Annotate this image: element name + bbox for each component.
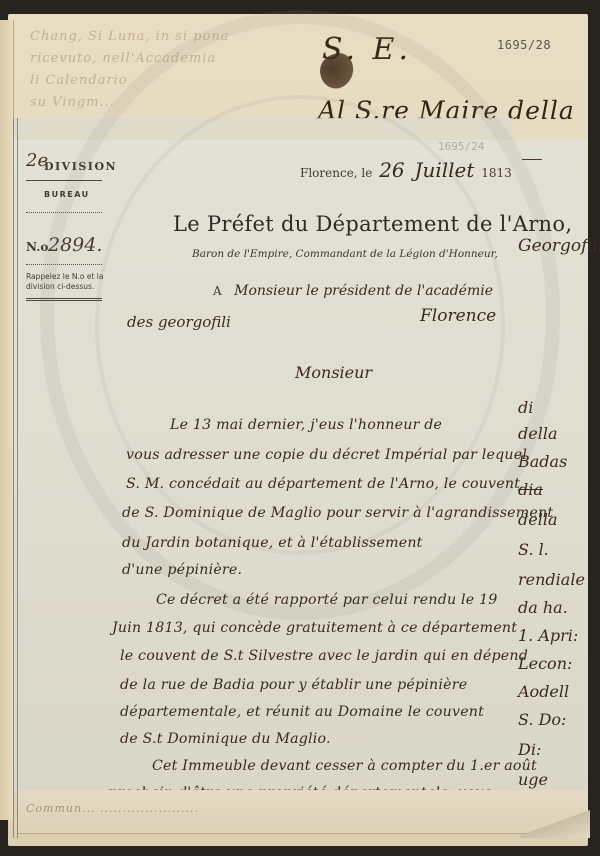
margin-note: S. l. [518,540,549,559]
margin-note-struck: dia [518,480,543,499]
faint-archive-stamp: 1695/24 [438,140,484,153]
top-annotation: S. E. [322,32,412,67]
prefect-subtitle: Baron de l'Empire, Commandant de la Légi… [192,248,498,260]
binding-edge [0,20,14,820]
margin-note: della [518,424,557,443]
body-line: départementale, et réunit au Domaine le … [120,704,484,720]
divider [26,264,102,265]
body-line: de la rue de Badia pour y établir une pé… [120,677,467,693]
margin-note: Aodell [518,682,569,701]
corner-fold [520,808,590,838]
body-line: de S.t Dominique du Maglio. [120,731,331,747]
faint-line: li Calendario [30,70,240,92]
letter-top-band [14,118,514,142]
body-line: d'une pépinière. [122,562,242,578]
body-line: Juin 1813, qui concède gratuitement à ce… [112,620,517,636]
body-line: de S. Dominique de Maglio pour servir à … [122,505,553,521]
faint-line: Chang, Si Luna, in si pona [30,26,240,48]
margin-note: S. Do: [518,710,566,729]
faint-line: ricevuto, nell'Accademia [30,48,240,70]
margin-note: della [518,510,557,529]
margin-rule [13,118,14,838]
addressee-line: A Monsieur le président de l'académie [213,283,493,299]
addressee-name: Monsieur le président de l'académie [234,283,493,299]
margin-note: di [518,398,533,417]
body-line: du Jardin botanique, et à l'établissemen… [122,535,423,551]
date-day: 26 [379,158,404,182]
addressee-city: Florence [420,306,496,326]
body-line: S. M. concédait au département de l'Arno… [126,476,520,492]
divider [26,212,102,213]
body-line: le couvent de S.t Silvestre avec le jard… [120,648,528,664]
salutation: Monsieur [295,363,372,382]
prefect-title: Le Préfet du Département de l'Arno, [173,212,572,236]
body-line: vous adresser une copie du décret Impéri… [126,447,527,463]
body-line: Ce décret a été rapporté par celui rendu… [156,592,498,608]
date-dash [522,159,542,160]
number-value: 2894. [48,234,102,256]
faint-line: su Vingm... [30,92,240,114]
recall-note: Rappelez le N.o et la division ci-dessus… [26,272,106,292]
number-label: N.o [26,240,48,254]
place: Florence, le [300,166,372,180]
body-line: Le 13 mai dernier, j'eus l'honneur de [170,417,442,433]
date-month: Juillet [414,158,474,182]
margin-note: rendiale [518,570,585,589]
margin-note: Lecon: [518,654,572,673]
bureau-label: BUREAU [44,190,90,199]
date-year: 1813 [481,166,512,180]
margin-note: Di: [518,740,541,759]
divider [26,298,102,301]
margin-note: da ha. [518,598,568,617]
archive-reference: 1695/28 [497,38,551,52]
bottom-faint-text: Commun... ...................... [26,802,199,815]
division-label: DIVISION [44,160,117,173]
margin-edge-word: Georgofili [518,236,600,256]
address-prefix: A [213,284,222,298]
margin-rule [17,118,18,838]
addressee-line-2: des georgofili [127,313,231,331]
margin-note: Badas [518,452,567,471]
place-date: Florence, le 26 Juillet 1813 [300,158,512,182]
margin-note: uge [518,770,548,789]
back-faint-writing: Chang, Si Luna, in si pona ricevuto, nel… [30,26,240,114]
divider [26,180,102,181]
body-line: Cet Immeuble devant cesser à compter du … [152,758,537,774]
margin-note: 1. Apri: [518,626,578,645]
